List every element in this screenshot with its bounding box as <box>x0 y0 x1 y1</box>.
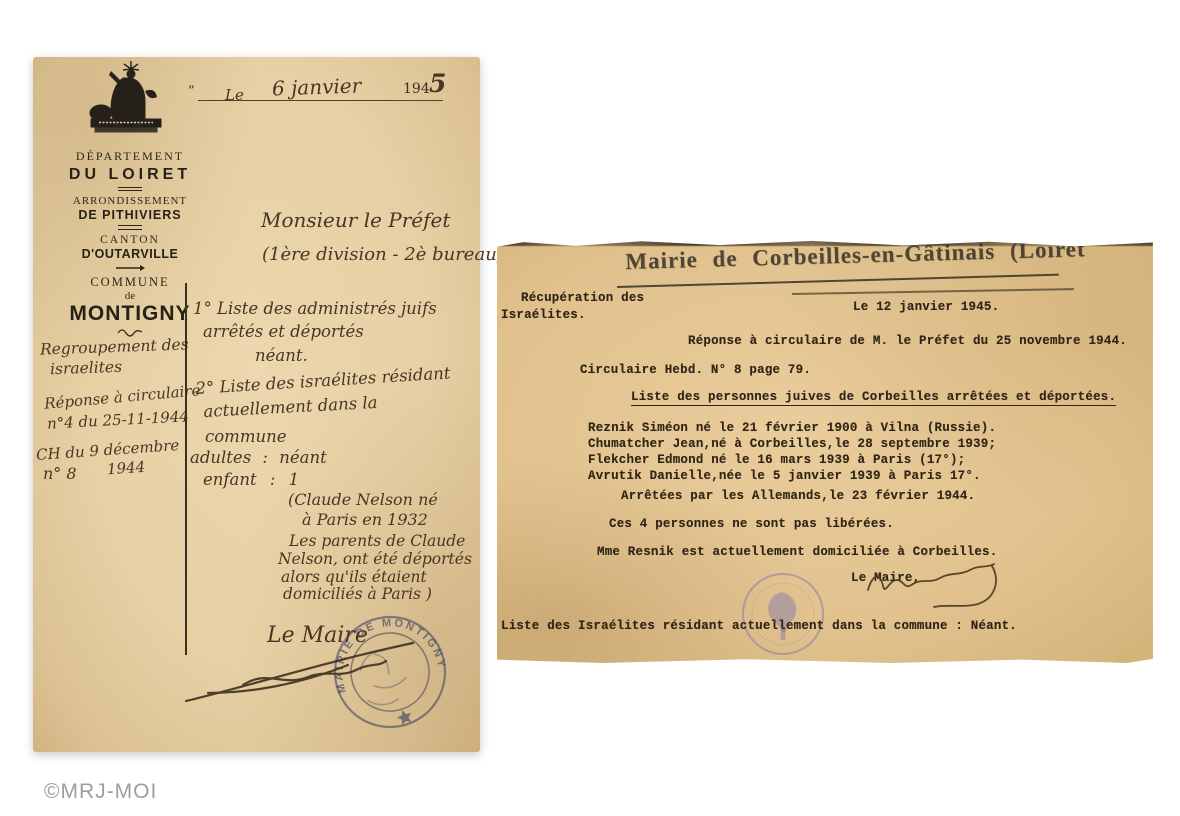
letterhead-commune: COMMUNE <box>41 275 219 290</box>
person-line: Flekcher Edmond né le 16 mars 1939 à Par… <box>588 453 965 467</box>
margin-note: Regroupement des <box>40 335 189 358</box>
date-year-printed: 194 <box>403 81 430 97</box>
body-line: 2° Liste des israélites résidant <box>195 363 451 398</box>
mairie-corbeilles-stamp-header: Mairie de Corbeilles-en-Gâtinais (Loiret <box>625 236 1086 275</box>
letterhead-outarville: D'OUTARVILLE <box>41 247 219 261</box>
section-rule <box>118 187 142 191</box>
salutation-line: Monsieur le Préfet <box>261 208 450 232</box>
corbeilles-letter: Mairie de Corbeilles-en-Gâtinais (Loiret… <box>497 240 1153 663</box>
person-line: Chumatcher Jean,né à Corbeilles,le 28 se… <box>588 437 996 451</box>
date-handwritten: 6 janvier <box>272 73 362 100</box>
ditto-mark: ” <box>188 84 195 99</box>
body-line: à Paris en 1932 <box>302 510 428 529</box>
letterhead-pithiviers: DE PITHIVIERS <box>41 208 219 222</box>
date-year-digit: 5 <box>429 69 446 98</box>
margin-note: 1944 <box>106 458 145 479</box>
salutation-line: (1ère division - 2è bureau) <box>262 244 504 265</box>
stamp-underline <box>617 274 1059 289</box>
letter-date: Le 12 janvier 1945. <box>853 300 999 314</box>
circular-line: Circulaire Hebd. N° 8 page 79. <box>580 363 811 377</box>
body-line: Les parents de Claude <box>289 532 465 550</box>
arrest-line: Arrêtées par les Allemands,le 23 février… <box>621 489 975 503</box>
person-line: Avrutik Danielle,née le 5 janvier 1939 à… <box>588 469 981 483</box>
body-line: actuellement dans la <box>203 393 378 421</box>
letterhead: DÉPARTEMENT DU LOIRET ARRONDISSEMENT DE … <box>41 57 219 338</box>
body-line: arrêtés et déportés <box>203 322 364 341</box>
margin-note: israelites <box>50 358 123 379</box>
body-line: néant. <box>255 346 308 365</box>
body-line: alors qu'ils étaient <box>281 568 427 586</box>
round-purple-stamp <box>737 568 829 660</box>
margin-note: n°4 du 25-11-1944 <box>47 407 190 432</box>
letterhead-du-loiret: DU LOIRET <box>41 166 219 184</box>
margin-divider-line <box>185 283 187 655</box>
body-line: Nelson, ont été déportés <box>278 550 472 568</box>
scan-background: DÉPARTEMENT DU LOIRET ARRONDISSEMENT DE … <box>0 0 1180 816</box>
list-title: Liste des personnes juives de Corbeilles… <box>631 390 1116 406</box>
arrow-divider-icon <box>115 264 145 272</box>
maire-signature <box>860 558 1015 618</box>
body-line: commune <box>205 427 287 446</box>
copyright-watermark: ©MRJ-MOI <box>44 780 157 804</box>
montigny-letter: DÉPARTEMENT DU LOIRET ARRONDISSEMENT DE … <box>33 57 480 752</box>
stamp-underline <box>792 288 1074 295</box>
body-line: adultes : néant <box>190 448 327 467</box>
body-line: (Claude Nelson né <box>288 490 438 509</box>
body-line: enfant : 1 <box>203 470 299 489</box>
reply-line: Réponse à circulaire de M. le Préfet du … <box>688 334 1127 348</box>
subject-line: Récupération des <box>521 291 644 305</box>
section-rule <box>118 225 142 229</box>
residence-line: Mme Resnik est actuellement domiciliée à… <box>597 545 997 559</box>
bottom-neant-line: Liste des Israélites résidant actuelleme… <box>501 619 1017 633</box>
margin-note: n° 8 <box>43 464 77 483</box>
letterhead-canton: CANTON <box>41 234 219 246</box>
subject-line: Israélites. <box>501 308 586 322</box>
letterhead-arrondissement: ARRONDISSEMENT <box>41 195 219 207</box>
status-line: Ces 4 personnes ne sont pas libérées. <box>609 517 894 531</box>
date-rule <box>198 100 443 101</box>
maire-signature <box>178 635 443 715</box>
date-le-label: Le <box>225 86 244 104</box>
body-line: 1° Liste des administrés juifs <box>193 299 437 318</box>
letterhead-departement: DÉPARTEMENT <box>41 149 219 164</box>
person-line: Reznik Siméon né le 21 février 1900 à Vi… <box>588 421 996 435</box>
